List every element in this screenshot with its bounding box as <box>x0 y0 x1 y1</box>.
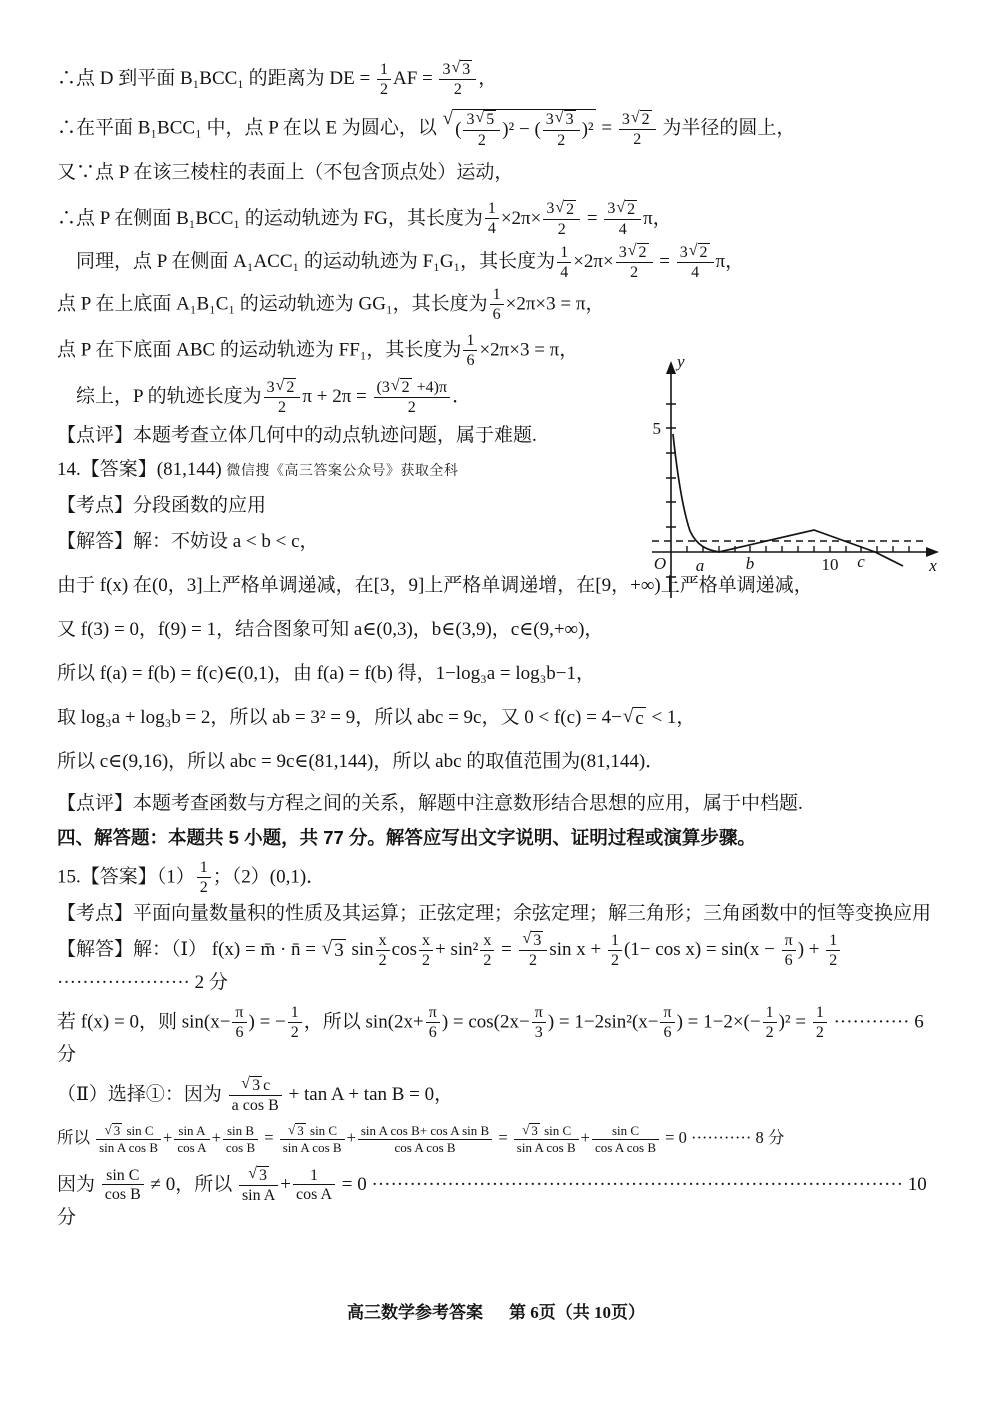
text-line: （Ⅱ）选择①：因为 √3ca cos B + tan A + tan B = 0… <box>57 1076 939 1115</box>
math-fraction: sin Ccos A cos B <box>592 1124 659 1155</box>
text-run: 【点评】本题考查函数与方程之间的关系，解题中注意数形结合思想的应用，属于中档题. <box>57 793 803 814</box>
fraction-denominator: 6 <box>490 304 504 324</box>
text-run: ． <box>452 386 471 407</box>
fraction-numerator: √3c <box>229 1076 282 1095</box>
text-run: sin x + <box>549 939 606 960</box>
radical-sign-icon: √ <box>628 243 637 260</box>
radicand: 3 <box>112 1123 123 1139</box>
radical-sign-icon: √ <box>616 200 625 217</box>
fraction-denominator: 6 <box>463 350 477 370</box>
text-run: 3 <box>619 244 627 262</box>
text-run: cos <box>392 939 417 960</box>
radical-sign-icon: √ <box>555 200 564 217</box>
text-line: 四、解答题：本题共 5 小题，共 77 分。解答应写出文字说明、证明过程或演算步… <box>57 825 939 851</box>
text-run: 点 P 在上底面 A₁B₁C₁ 的运动轨迹为 GG₁，其长度为 <box>57 293 488 314</box>
math-fraction: 3√24 <box>604 200 641 239</box>
radicand: 3 <box>250 1076 262 1095</box>
text-line: 所以 c∈(9,16)，所以 abc = 9c∈(81,144)，所以 abc … <box>57 749 939 775</box>
math-fraction: √3sin A <box>239 1166 278 1205</box>
page-footer: 高三数学参考答案第 6页（共 10页） <box>0 1298 992 1323</box>
fraction-numerator: sin A cos B+ cos A sin B <box>358 1124 492 1139</box>
math-radical: √2 <box>276 378 297 397</box>
radicand: 2 <box>284 378 296 397</box>
radicand: (3√52)² − (3√32)² <box>453 109 596 149</box>
fraction-numerator: 1 <box>763 1004 777 1022</box>
fraction-denominator: cos A cos B <box>358 1139 492 1156</box>
text-run: ∴在平面 B₁BCC₁ 中，点 P 在以 E 为圆心，以 <box>57 118 442 139</box>
fraction-denominator: 2 <box>197 877 211 897</box>
fraction-numerator: 3√3 <box>543 110 580 129</box>
math-fraction: 12 <box>288 1004 302 1042</box>
text-run: 因为 <box>57 1174 100 1195</box>
fraction-numerator: 1 <box>557 244 571 262</box>
fraction-denominator: 6 <box>426 1022 440 1042</box>
fraction-numerator: π <box>660 1004 674 1022</box>
x-axis-label: x <box>928 556 937 575</box>
math-fraction: sin Ccos B <box>102 1167 144 1205</box>
fraction-numerator: 3√3 <box>439 60 476 79</box>
math-fraction: 3√22 <box>616 243 653 282</box>
text-line: 因为 sin Ccos B ≠ 0，所以 √3sin A+1cos A = 0 … <box>57 1166 939 1231</box>
text-run: 3 <box>622 111 630 129</box>
function-graph: y 5 O a b 10 c x <box>645 354 945 604</box>
radicand: 2 <box>564 200 576 219</box>
fraction-numerator: 1 <box>293 1167 335 1185</box>
math-fraction: 3√32 <box>439 60 476 99</box>
text-line: ∴在平面 B₁BCC₁ 中，点 P 在以 E 为圆心，以 √(3√52)² − … <box>57 109 939 149</box>
fraction-denominator: cos B <box>102 1184 144 1204</box>
math-fraction: π6 <box>426 1004 440 1042</box>
text-run: = <box>494 1128 512 1147</box>
text-run: sin A cos B <box>283 1141 342 1156</box>
text-line: 同理，点 P 在侧面 A₁ACC₁ 的运动轨迹为 F₁G₁，其长度为14×2π×… <box>57 243 939 282</box>
math-radical: √5 <box>475 110 496 129</box>
fraction-numerator: 3√2 <box>677 243 714 262</box>
text-run: 【解答】解：（Ⅰ） f(x) = m̄ · n̄ = <box>57 939 321 960</box>
radical-sign-icon: √ <box>322 939 332 959</box>
math-radical: √3 <box>241 1076 262 1095</box>
text-line: 【考点】平面向量数量积的性质及其运算；正弦定理；余弦定理；解三角形；三角函数中的… <box>57 901 939 927</box>
radicand: 2 <box>625 200 637 219</box>
text-run: π + 2π = <box>302 386 371 407</box>
radical-sign-icon: √ <box>391 378 400 395</box>
text-run: 3 <box>466 111 474 129</box>
radical-sign-icon: √ <box>522 1123 529 1137</box>
text-run: ( <box>455 119 461 141</box>
text-run: = <box>260 1128 278 1147</box>
y-tick-label-5: 5 <box>653 419 662 438</box>
fraction-denominator: sin A cos B <box>280 1139 345 1156</box>
fraction-denominator: a cos B <box>229 1095 282 1115</box>
text-run: 若 f(x) = 0，则 sin(x− <box>57 1011 230 1032</box>
text-run: )² <box>582 119 594 141</box>
text-line: 点 P 在上底面 A₁B₁C₁ 的运动轨迹为 GG₁，其长度为16×2π×3 =… <box>57 286 939 324</box>
x-tick-label-c: c <box>857 552 865 571</box>
text-run: 综上，P 的轨迹长度为 <box>57 386 262 407</box>
text-run: = <box>655 251 675 272</box>
radical-sign-icon: √ <box>288 1123 295 1137</box>
fraction-denominator: 2 <box>543 130 580 150</box>
text-run: ) = 1−2×(− <box>677 1011 761 1032</box>
math-fraction: 16 <box>463 332 477 370</box>
text-run: 又 f(3) = 0，f(9) = 1，结合图象可知 a∈(0,3)，b∈(3,… <box>57 619 603 640</box>
text-run: 3 <box>546 111 554 129</box>
math-fraction: (3√2 +4)π2 <box>374 378 451 417</box>
text-run: + <box>347 1128 356 1147</box>
fraction-numerator: π <box>532 1004 546 1022</box>
fraction-numerator: sin A <box>174 1124 209 1139</box>
text-line: 又 f(3) = 0，f(9) = 1，结合图象可知 a∈(0,3)，b∈(3,… <box>57 617 939 643</box>
fraction-denominator: 2 <box>374 397 451 417</box>
fraction-numerator: 1 <box>288 1004 302 1022</box>
text-run: sin A cos B <box>99 1141 158 1156</box>
math-fraction: 12 <box>813 1004 827 1042</box>
radicand: 3 <box>257 1166 269 1185</box>
radical-sign-icon: √ <box>689 243 698 260</box>
fraction-numerator: √3 sin C <box>280 1123 345 1139</box>
text-run: AF = <box>393 68 438 89</box>
fraction-denominator: 2 <box>519 950 548 970</box>
fraction-denominator: 6 <box>782 950 796 970</box>
math-fraction: 14 <box>557 244 571 282</box>
watermark-text: 微信搜《高三答案公众号》获取全科 <box>226 462 458 478</box>
fraction-denominator: 2 <box>826 950 840 970</box>
math-fraction: 16 <box>490 286 504 324</box>
text-run: ∴点 P 在侧面 B₁BCC₁ 的运动轨迹为 FG，其长度为 <box>57 208 483 229</box>
x-tick-label-b: b <box>746 554 755 573</box>
math-radical: √2 <box>616 200 637 219</box>
math-radical: √3 <box>523 931 544 950</box>
radical-sign-icon: √ <box>451 60 460 77</box>
radicand: 3 <box>332 939 346 962</box>
text-run: ， <box>478 68 497 89</box>
math-fraction: x2 <box>480 932 494 970</box>
radicand: 2 <box>637 243 649 262</box>
fraction-denominator: cos A cos B <box>592 1139 659 1156</box>
text-run: ，所以 sin(2x+ <box>304 1011 424 1032</box>
math-fraction: 3√22 <box>543 200 580 239</box>
radicand: 3 <box>295 1123 306 1139</box>
text-run: 所以 f(a) = f(b) = f(c)∈(0,1)，由 f(a) = f(b… <box>57 663 595 684</box>
math-radical: √3 <box>105 1123 123 1139</box>
fraction-denominator: 4 <box>557 262 571 282</box>
math-radical: √(3√52)² − (3√32)² <box>443 109 596 149</box>
fraction-denominator: 2 <box>439 79 476 99</box>
y-axis-arrow-icon <box>666 361 676 374</box>
text-run: ) = − <box>249 1011 286 1032</box>
fraction-numerator: π <box>782 932 796 950</box>
fraction-denominator: 4 <box>677 262 714 282</box>
math-fraction: 12 <box>826 932 840 970</box>
answer-lines: ∴点 D 到平面 B₁BCC₁ 的距离为 DE = 12AF = 3√32，∴在… <box>57 60 939 1231</box>
text-run: a cos B <box>232 1097 279 1115</box>
math-fraction: x2 <box>419 932 433 970</box>
fraction-denominator: 2 <box>419 950 433 970</box>
fraction-denominator: 2 <box>813 1022 827 1042</box>
text-run: （Ⅱ）选择①：因为 <box>57 1084 227 1105</box>
fraction-denominator: cos B <box>223 1139 258 1156</box>
fraction-denominator: 6 <box>660 1022 674 1042</box>
math-radical: √3 <box>451 60 472 79</box>
x-tick-label-a: a <box>696 556 705 575</box>
fraction-numerator: 1 <box>813 1004 827 1022</box>
text-run: 点 P 在下底面 ABC 的运动轨迹为 FF₁，其长度为 <box>57 339 461 360</box>
text-run: +4)π <box>413 379 447 397</box>
radicand: 2 <box>640 110 652 129</box>
text-run: sin <box>347 939 374 960</box>
fraction-denominator: 2 <box>616 262 653 282</box>
fraction-numerator: 3√2 <box>619 110 656 129</box>
text-run: + <box>280 1174 291 1195</box>
fraction-numerator: sin C <box>102 1167 144 1185</box>
text-run: (1− cos x) = sin(x − <box>624 939 780 960</box>
math-radical: √3 <box>248 1166 269 1185</box>
text-run: ) + <box>798 939 825 960</box>
fraction-numerator: x <box>419 932 433 950</box>
text-line: 【解答】解：（Ⅰ） f(x) = m̄ · n̄ = √3 sinx2cosx2… <box>57 931 939 996</box>
fraction-numerator: sin B <box>223 1124 258 1139</box>
math-fraction: sin Bcos B <box>223 1124 258 1155</box>
fraction-numerator: (3√2 +4)π <box>374 378 451 397</box>
math-radical: √2 <box>628 243 649 262</box>
fraction-denominator: 2 <box>619 129 656 149</box>
fraction-numerator: π <box>426 1004 440 1022</box>
text-run: sin A cos B <box>517 1141 576 1156</box>
math-fraction: sin A cos B+ cos A sin Bcos A cos B <box>358 1124 492 1155</box>
text-line: 所以 √3 sin Csin A cos B+sin Acos A+sin Bc… <box>57 1123 939 1155</box>
radicand: 3 <box>564 110 576 129</box>
fraction-numerator: 3√2 <box>604 200 641 219</box>
text-run: 又∵点 P 在该三棱柱的表面上（不包含顶点处）运动， <box>57 162 513 183</box>
radical-sign-icon: √ <box>241 1076 250 1093</box>
y-axis-label: y <box>675 354 685 371</box>
math-radical: √2 <box>689 243 710 262</box>
text-run: 15.【答案】（1） <box>57 866 195 887</box>
fraction-denominator: 2 <box>763 1022 777 1042</box>
text-run: 【点评】本题考查立体几何中的动点轨迹问题，属于难题. <box>57 425 537 446</box>
fraction-numerator: √3 <box>519 931 548 950</box>
fraction-denominator: sin A <box>239 1185 278 1205</box>
math-fraction: 14 <box>485 200 499 238</box>
text-line: 取 log₃a + log₃b = 2，所以 ab = 3² = 9，所以 ab… <box>57 705 939 731</box>
math-radical: √3 <box>322 939 346 962</box>
fraction-numerator: 3√2 <box>543 200 580 219</box>
text-run: 3 <box>607 200 615 218</box>
math-fraction: √3 sin Csin A cos B <box>514 1123 579 1155</box>
text-run: + tan A + tan B = 0， <box>284 1084 453 1105</box>
math-fraction: π6 <box>782 932 796 970</box>
radical-sign-icon: √ <box>443 109 453 129</box>
text-line: 又∵点 P 在该三棱柱的表面上（不包含顶点处）运动， <box>57 160 939 186</box>
footer-title: 高三数学参考答案 <box>347 1303 483 1322</box>
text-run: + <box>163 1128 172 1147</box>
text-line: 若 f(x) = 0，则 sin(x−π6) = −12，所以 sin(2x+π… <box>57 1004 939 1068</box>
math-fraction: √32 <box>519 931 548 970</box>
function-graph-svg: y 5 O a b 10 c x <box>645 354 945 604</box>
math-fraction: 3√22 <box>619 110 656 149</box>
fraction-denominator: sin A cos B <box>96 1139 161 1156</box>
fraction-numerator: √3 <box>239 1166 278 1185</box>
text-run: 14.【答案】(81,144) <box>57 459 226 480</box>
math-fraction: π6 <box>232 1004 246 1042</box>
fraction-denominator: 2 <box>288 1022 302 1042</box>
fraction-numerator: 1 <box>490 286 504 304</box>
fraction-denominator: cos A <box>293 1184 335 1204</box>
text-run: 四、解答题：本题共 5 小题，共 77 分。解答应写出文字说明、证明过程或演算步… <box>57 827 756 848</box>
math-radical: √2 <box>631 110 652 129</box>
text-run: 所以 c∈(9,16)，所以 abc = 9c∈(81,144)，所以 abc … <box>57 751 664 772</box>
text-run: = <box>597 118 617 139</box>
fraction-denominator: cos A <box>174 1139 209 1156</box>
radical-sign-icon: √ <box>523 931 532 948</box>
fraction-denominator: 4 <box>604 219 641 239</box>
math-fraction: 3√22 <box>264 378 301 417</box>
radicand: 3 <box>460 60 472 79</box>
fraction-denominator: 2 <box>608 950 622 970</box>
math-fraction: 1cos A <box>293 1167 335 1205</box>
radicand: 3 <box>529 1123 540 1139</box>
math-fraction: 12 <box>377 61 391 99</box>
text-run: = <box>496 939 516 960</box>
math-fraction: 12 <box>763 1004 777 1042</box>
radicand: c <box>633 707 645 730</box>
text-run: π， <box>716 251 745 272</box>
fraction-numerator: 1 <box>608 932 622 950</box>
text-run: 3 <box>680 244 688 262</box>
fraction-denominator: 2 <box>377 79 391 99</box>
text-run: c <box>263 1077 270 1095</box>
text-run: sin C <box>541 1124 571 1139</box>
math-radical: √2 <box>391 378 412 397</box>
answer-sheet-page: ∴点 D 到平面 B₁BCC₁ 的距离为 DE = 12AF = 3√32，∴在… <box>0 0 992 1402</box>
math-fraction: √3ca cos B <box>229 1076 282 1115</box>
text-run: = <box>582 208 602 229</box>
function-curve <box>673 434 903 566</box>
text-run: 为半径的圆上， <box>658 118 796 139</box>
text-run: ×2π× <box>501 208 542 229</box>
text-run: ≠ 0，所以 <box>146 1174 237 1195</box>
fraction-denominator: 4 <box>485 218 499 238</box>
text-line: 所以 f(a) = f(b) = f(c)∈(0,1)，由 f(a) = f(b… <box>57 661 939 687</box>
text-run: + <box>212 1128 221 1147</box>
origin-label: O <box>654 554 666 573</box>
math-radical: √c <box>623 707 646 730</box>
text-run: 3 <box>546 200 554 218</box>
fraction-numerator: 1 <box>463 332 477 350</box>
x-tick-label-10: 10 <box>822 555 839 574</box>
text-run: ×2π× <box>573 251 614 272</box>
fraction-numerator: 1 <box>197 859 211 877</box>
radical-sign-icon: √ <box>555 110 564 127</box>
math-radical: √2 <box>555 200 576 219</box>
math-fraction: π3 <box>532 1004 546 1042</box>
text-run: 取 log₃a + log₃b = 2，所以 ab = 3² = 9，所以 ab… <box>57 707 622 728</box>
text-line: ∴点 D 到平面 B₁BCC₁ 的距离为 DE = 12AF = 3√32， <box>57 60 939 99</box>
math-radical: √3 <box>555 110 576 129</box>
math-fraction: sin Acos A <box>174 1124 209 1155</box>
text-run: (3 <box>377 379 390 397</box>
fraction-numerator: sin C <box>592 1124 659 1139</box>
text-run: 【考点】分段函数的应用 <box>57 495 266 516</box>
fraction-numerator: 3√5 <box>463 110 500 129</box>
math-fraction: 12 <box>608 932 622 970</box>
math-fraction: 3√32 <box>543 110 580 149</box>
radical-sign-icon: √ <box>105 1123 112 1137</box>
text-run: sin C <box>307 1124 337 1139</box>
text-run: )² = <box>779 1011 811 1032</box>
text-run: sin A <box>242 1187 275 1205</box>
math-fraction: 12 <box>197 859 211 897</box>
fraction-denominator: 2 <box>376 950 390 970</box>
fraction-denominator: sin A cos B <box>514 1139 579 1156</box>
fraction-numerator: 3√2 <box>264 378 301 397</box>
math-radical: √3 <box>522 1123 540 1139</box>
radical-sign-icon: √ <box>623 707 633 727</box>
fraction-denominator: 3 <box>532 1022 546 1042</box>
text-run: 【解答】解：不妨设 a < b < c， <box>57 531 319 552</box>
text-run: ∴点 D 到平面 B₁BCC₁ 的距离为 DE = <box>57 68 375 89</box>
fraction-numerator: π <box>232 1004 246 1022</box>
text-run: ×2π×3 = π， <box>479 339 578 360</box>
radicand: 3 <box>531 931 543 950</box>
text-line: ∴点 P 在侧面 B₁BCC₁ 的运动轨迹为 FG，其长度为14×2π×3√22… <box>57 200 939 239</box>
text-run: 所以 <box>57 1128 94 1147</box>
math-fraction: 3√24 <box>677 243 714 282</box>
text-line: 【点评】本题考查函数与方程之间的关系，解题中注意数形结合思想的应用，属于中档题. <box>57 791 939 817</box>
fraction-denominator: 2 <box>264 397 301 417</box>
math-fraction: 3√52 <box>463 110 500 149</box>
text-run: ×2π×3 = π， <box>506 293 605 314</box>
text-line: 15.【答案】（1）12；（2）(0,1)． <box>57 859 939 897</box>
text-run: ) = cos(2x− <box>442 1011 530 1032</box>
text-run: 3 <box>442 61 450 79</box>
fraction-numerator: 3√2 <box>616 243 653 262</box>
text-run: 同理，点 P 在侧面 A₁ACC₁ 的运动轨迹为 F₁G₁，其长度为 <box>57 251 555 272</box>
text-run: 3 <box>267 379 275 397</box>
text-run: + <box>581 1128 590 1147</box>
text-run: + sin² <box>435 939 478 960</box>
fraction-denominator: 2 <box>480 950 494 970</box>
fraction-numerator: 1 <box>377 61 391 79</box>
radicand: 2 <box>400 378 412 397</box>
math-fraction: √3 sin Csin A cos B <box>96 1123 161 1155</box>
math-fraction: π6 <box>660 1004 674 1042</box>
text-run: < 1， <box>647 707 696 728</box>
math-fraction: x2 <box>376 932 390 970</box>
math-fraction: √3 sin Csin A cos B <box>280 1123 345 1155</box>
text-run: ) = 1−2sin²(x− <box>548 1011 659 1032</box>
fraction-denominator: 2 <box>463 130 500 150</box>
footer-page-number: 第 6页（共 10页） <box>509 1303 645 1322</box>
text-run: sin C <box>123 1124 153 1139</box>
fraction-numerator: 1 <box>826 932 840 950</box>
fraction-denominator: 6 <box>232 1022 246 1042</box>
radical-sign-icon: √ <box>276 378 285 395</box>
fraction-numerator: x <box>376 932 390 950</box>
math-radical: √3 <box>288 1123 306 1139</box>
fraction-denominator: 2 <box>543 219 580 239</box>
text-run: = 0 ··········· 8 分 <box>661 1128 784 1147</box>
fraction-numerator: √3 sin C <box>514 1123 579 1139</box>
fraction-numerator: x <box>480 932 494 950</box>
fraction-numerator: 1 <box>485 200 499 218</box>
radical-sign-icon: √ <box>631 110 640 127</box>
fraction-numerator: √3 sin C <box>96 1123 161 1139</box>
radicand: 2 <box>698 243 710 262</box>
radical-sign-icon: √ <box>475 110 484 127</box>
radicand: 5 <box>484 110 496 129</box>
text-run: 【考点】平面向量数量积的性质及其运算；正弦定理；余弦定理；解三角形；三角函数中的… <box>57 903 931 924</box>
